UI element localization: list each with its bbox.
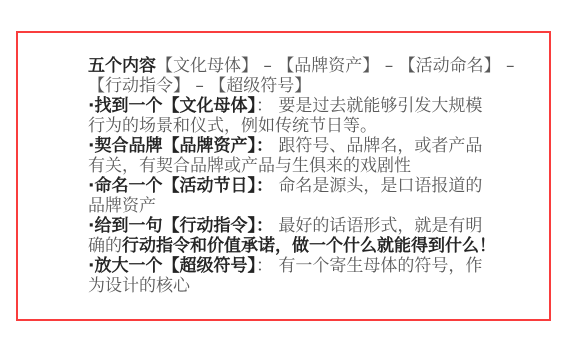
- emphasis-text-run: 行动指令和价值承诺，做一个什么就能得到什么！: [122, 236, 496, 256]
- emphasis-text-run: ·找到一个【文化母体】: [88, 96, 256, 116]
- body-text-run: 品牌资产: [88, 196, 156, 216]
- text-line: ·给到一句【行动指令】： 最好的话语形式，就是有明: [88, 216, 515, 236]
- text-line: 【行动指令】 – 【超级符号】: [88, 76, 515, 96]
- emphasis-text-run: ·命名一个【活动节日】：: [88, 176, 273, 196]
- body-text-run: 【行动指令】 – 【超级符号】: [88, 76, 311, 96]
- body-text-run: 跟符号、品牌名，或者产品: [273, 136, 482, 156]
- text-line: ·命名一个【活动节日】： 命名是源头，是口语报道的: [88, 176, 515, 196]
- body-text-run: 【文化母体】 – 【品牌资产】 – 【活动命名】 –: [156, 56, 515, 76]
- text-line: ·放大一个【超级符号】： 有一个寄生母体的符号，作: [88, 256, 515, 276]
- text-line: ·找到一个【文化母体】： 要是过去就能够引发大规模: [88, 96, 515, 116]
- body-text-run: 为设计的核心: [88, 276, 190, 296]
- emphasis-text-run: 五个内容: [88, 56, 156, 76]
- highlight-box: 五个内容【文化母体】 – 【品牌资产】 – 【活动命名】 –【行动指令】 – 【…: [16, 31, 551, 321]
- body-text-run: 行为的场景和仪式，例如传统节日等。: [88, 116, 377, 136]
- text-line: ·契合品牌【品牌资产】： 跟符号、品牌名，或者产品: [88, 136, 515, 156]
- text-line: 行为的场景和仪式，例如传统节日等。: [88, 116, 515, 136]
- text-line: 品牌资产: [88, 196, 515, 216]
- slide-page: 五个内容【文化母体】 – 【品牌资产】 – 【活动命名】 –【行动指令】 – 【…: [0, 0, 570, 360]
- body-text-run: 最好的话语形式，就是有明: [273, 216, 482, 236]
- body-text-run: 有关，有契合品牌或产品与生俱来的戏剧性: [88, 156, 411, 176]
- text-block: 五个内容【文化母体】 – 【品牌资产】 – 【活动命名】 –【行动指令】 – 【…: [88, 56, 515, 296]
- text-line: 确的行动指令和价值承诺，做一个什么就能得到什么！: [88, 236, 515, 256]
- text-line: 有关，有契合品牌或产品与生俱来的戏剧性: [88, 156, 515, 176]
- body-text-run: ： 有一个寄生母体的符号，作: [256, 256, 482, 276]
- body-text-run: 命名是源头，是口语报道的: [273, 176, 482, 196]
- emphasis-text-run: ·契合品牌【品牌资产】：: [88, 136, 273, 156]
- text-line: 为设计的核心: [88, 276, 515, 296]
- body-text-run: 确的: [88, 236, 122, 256]
- body-text-run: ： 要是过去就能够引发大规模: [256, 96, 482, 116]
- emphasis-text-run: ·放大一个【超级符号】: [88, 256, 256, 276]
- emphasis-text-run: ·给到一句【行动指令】：: [88, 216, 273, 236]
- text-line: 五个内容【文化母体】 – 【品牌资产】 – 【活动命名】 –: [88, 56, 515, 76]
